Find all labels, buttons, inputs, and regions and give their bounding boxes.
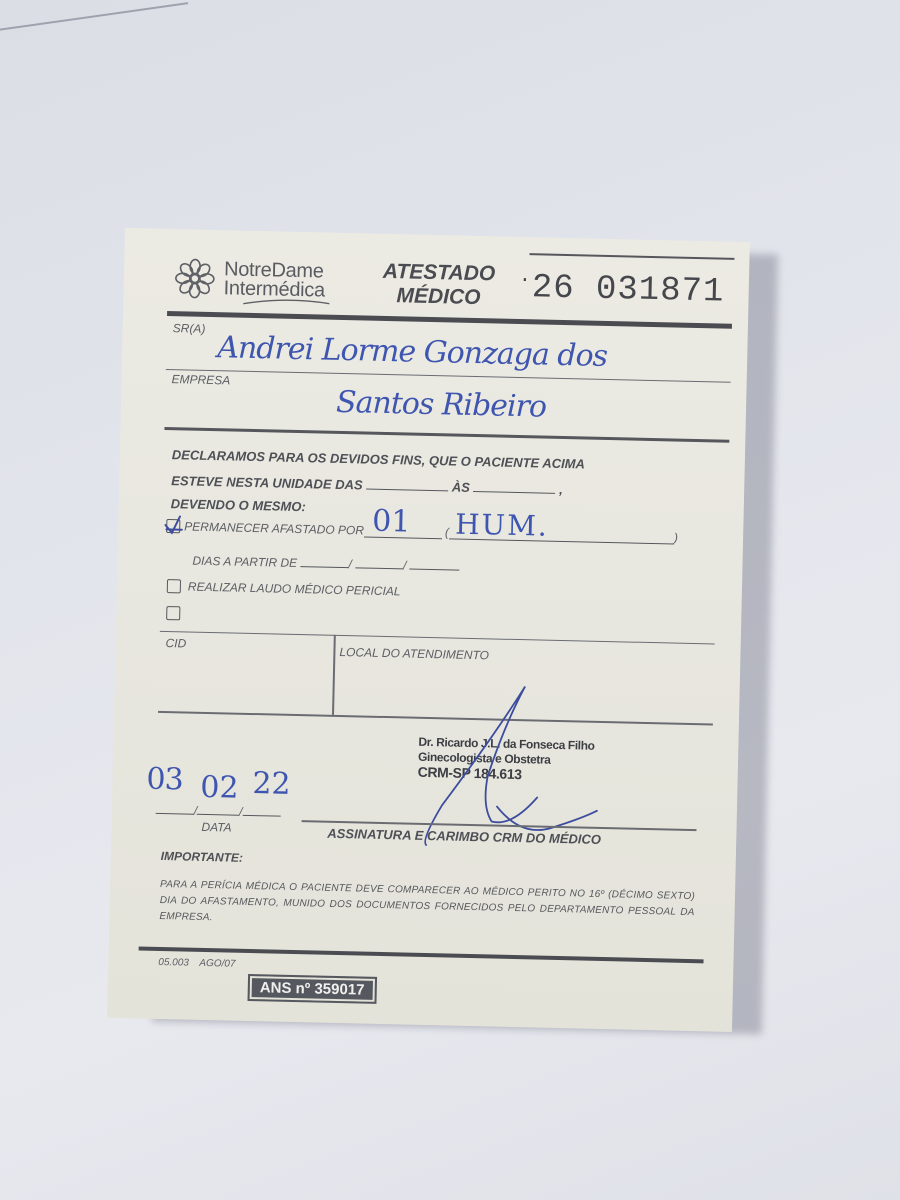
cid-label: CID — [165, 636, 186, 650]
date-sep: / — [348, 557, 352, 571]
date-day-line — [156, 801, 194, 815]
days-number-field[interactable]: 01 — [364, 525, 442, 540]
form-number-value: 26 031871 — [531, 269, 724, 311]
background-crease — [0, 2, 188, 32]
absence-checkbox[interactable] — [166, 519, 180, 533]
number-top-rule — [529, 253, 734, 260]
company-divider — [164, 427, 729, 443]
footer-code-value: 05.003 — [158, 957, 189, 969]
date-field[interactable]: // — [156, 801, 281, 822]
date-month-line — [197, 802, 239, 816]
declaration-middle: ÀS — [452, 479, 470, 494]
close-paren: ) — [674, 531, 678, 545]
declaration-line3: DEVENDO O MESMO: — [171, 496, 306, 514]
logo-swoosh-icon — [241, 296, 331, 308]
declaration-suffix: , — [559, 482, 563, 497]
absence-label: PERMANECER AFASTADO POR — [184, 519, 364, 537]
blank-option-checkbox[interactable] — [166, 606, 180, 620]
document-title: ATESTADO MÉDICO — [368, 260, 509, 311]
date-sep: / — [403, 558, 407, 572]
company-label: EMPRESA — [171, 372, 230, 387]
patient-label: SR(A) — [173, 321, 206, 336]
footer-date-value: AGO/07 — [199, 958, 235, 970]
days-from-day-field[interactable] — [300, 554, 348, 568]
footer-code: 05.003 AGO/07 — [158, 957, 235, 970]
option-absence: PERMANECER AFASTADO POR 01 ( HUM. ) — [166, 519, 678, 545]
date-month: 02 — [200, 770, 239, 806]
days-from-row: DIAS A PARTIR DE / / — [192, 552, 460, 574]
patient-line — [166, 369, 731, 383]
days-written-value: HUM. — [455, 508, 549, 543]
form-number: ·26 031871 — [518, 269, 724, 312]
days-from-label: DIAS A PARTIR DE — [192, 554, 297, 570]
to-time-field[interactable] — [473, 479, 555, 494]
date-day: 03 — [146, 762, 183, 798]
ans-badge: ANS nº 359017 — [250, 976, 375, 1002]
cid-local-divider — [332, 635, 335, 715]
cid-top-rule — [160, 631, 715, 645]
days-from-month-field[interactable] — [355, 555, 403, 569]
date-year: 22 — [252, 766, 291, 802]
option-expert-report: REALIZAR LAUDO MÉDICO PERICIAL — [167, 579, 401, 598]
patient-name-line1: Andrei Lorme Gonzaga dos — [217, 330, 608, 374]
patient-name-line2: Santos Ribeiro — [336, 385, 547, 425]
declaration-line2: ESTEVE NESTA UNIDADE DAS ÀS , — [171, 472, 563, 497]
header-divider — [167, 311, 732, 329]
local-label: LOCAL DO ATENDIMENTO — [339, 645, 489, 662]
important-text: PARA A PERÍCIA MÉDICA O PACIENTE DEVE CO… — [159, 877, 695, 937]
expert-report-checkbox[interactable] — [167, 579, 181, 593]
option-blank — [166, 606, 180, 625]
expert-report-label: REALIZAR LAUDO MÉDICO PERICIAL — [188, 580, 401, 599]
declaration-line1: DECLARAMOS PARA OS DEVIDOS FINS, QUE O P… — [172, 447, 585, 471]
medical-certificate: NotreDame Intermédica ATESTADO MÉDICO ·2… — [107, 228, 750, 1032]
date-year-line — [242, 803, 280, 817]
from-time-field[interactable] — [366, 477, 448, 492]
date-label: DATA — [201, 820, 232, 835]
declaration-prefix: ESTEVE NESTA UNIDADE DAS — [171, 473, 363, 492]
title-line2: MÉDICO — [368, 284, 509, 311]
days-number-value: 01 — [372, 504, 411, 540]
days-from-year-field[interactable] — [410, 557, 460, 571]
check-mark-icon — [163, 514, 185, 536]
title-line1: ATESTADO — [369, 260, 510, 287]
days-written-field[interactable]: HUM. — [449, 526, 674, 544]
mandala-flower-icon — [171, 255, 218, 302]
important-label: IMPORTANTE: — [161, 849, 244, 865]
